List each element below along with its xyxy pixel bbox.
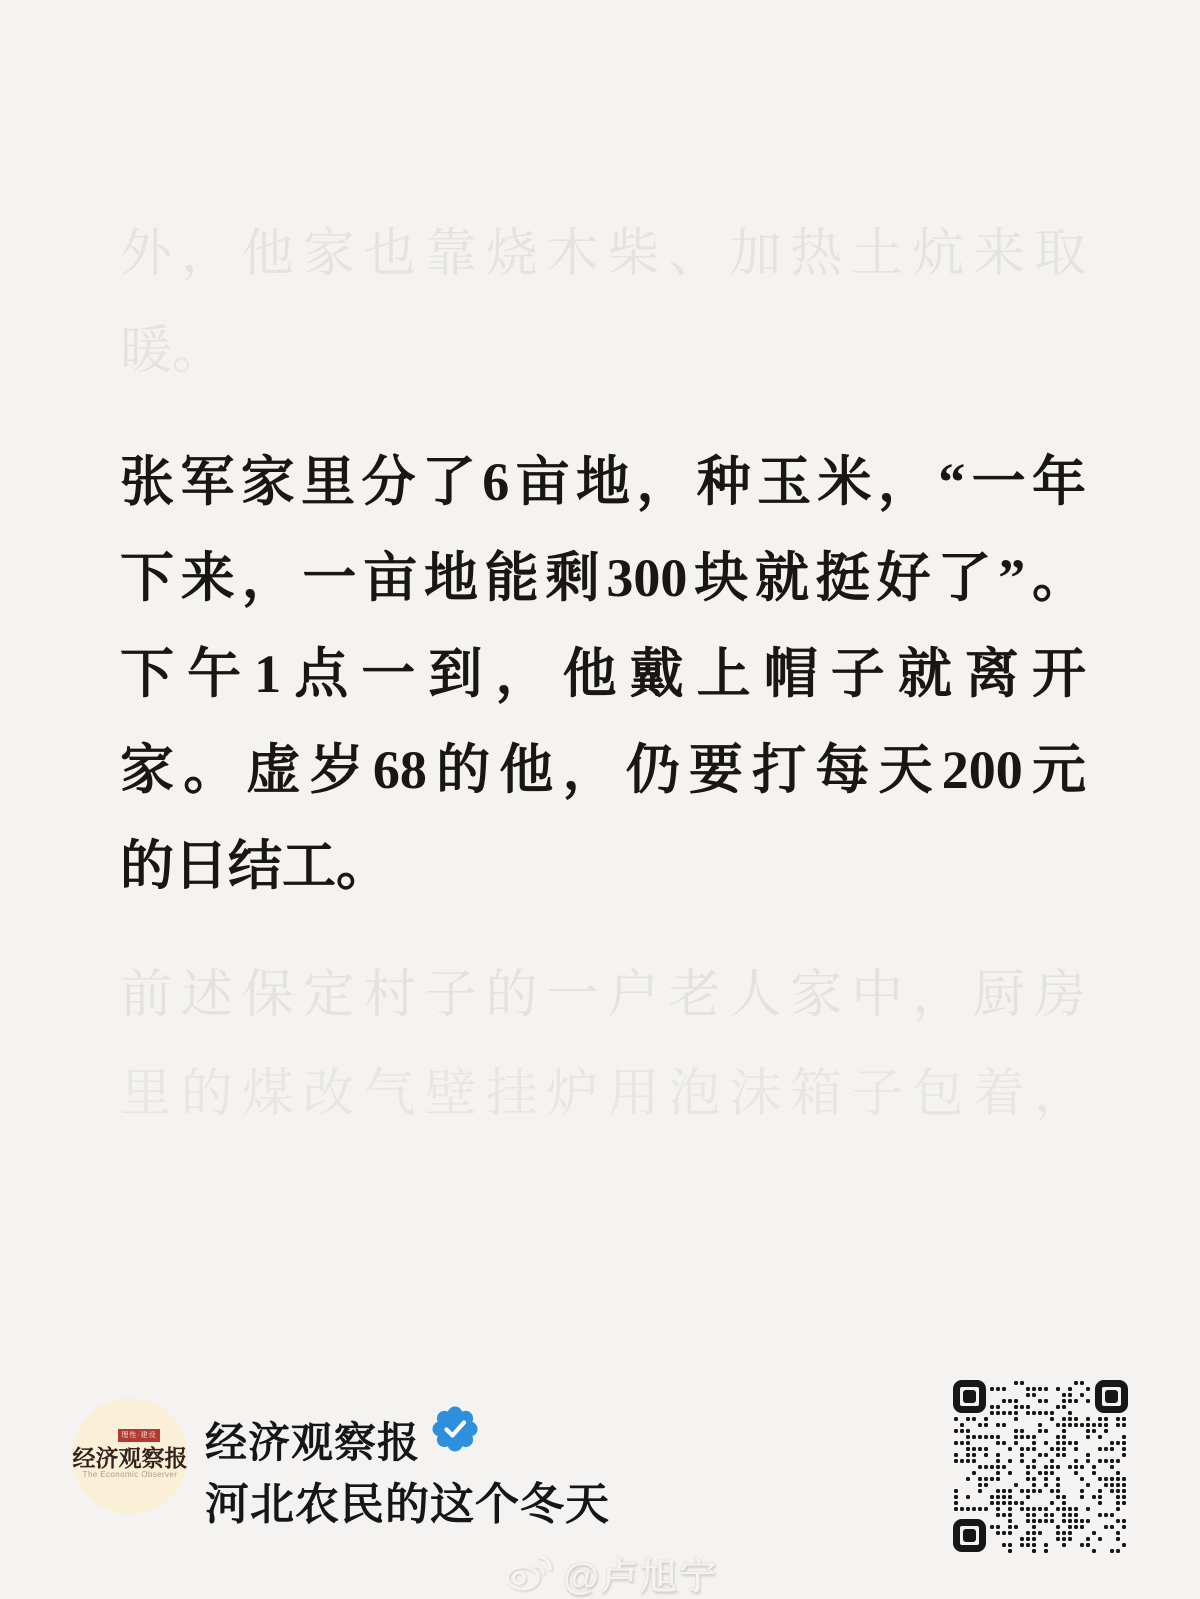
text-line: 暖。 bbox=[120, 303, 1086, 400]
publisher-name: 经济观察报 bbox=[205, 1410, 420, 1470]
article-title: 河北农民的这个冬天 bbox=[205, 1468, 610, 1532]
text-line: 家。虚岁68的他，仍要打每天200元 bbox=[120, 722, 1086, 818]
text-line: 外，他家也靠烧木柴、加热土炕来取 bbox=[120, 206, 1086, 303]
faded-paragraph-top: 外，他家也靠烧木柴、加热土炕来取 暖。 bbox=[120, 206, 1086, 400]
faded-paragraph-bottom: 前述保定村子的一户老人家中，厨房 里的煤改气壁挂炉用泡沫箱子包着， bbox=[120, 946, 1086, 1144]
logo-subtitle: The Economic Observer bbox=[72, 1470, 188, 1479]
verified-badge-icon bbox=[431, 1405, 479, 1453]
weibo-icon bbox=[503, 1550, 557, 1597]
text-line: 前述保定村子的一户老人家中，厨房 bbox=[120, 946, 1086, 1045]
text-line: 下来，一亩地能剩300块就挺好了”。 bbox=[120, 530, 1086, 626]
qr-finder-icon bbox=[953, 1380, 986, 1413]
qr-code bbox=[953, 1380, 1128, 1555]
qr-finder-icon bbox=[1095, 1380, 1128, 1413]
watermark: @卢旭宁 bbox=[503, 1546, 718, 1599]
publisher-logo: 理性·建设性 经济观察报 The Economic Observer bbox=[72, 1398, 188, 1514]
text-line: 里的煤改气壁挂炉用泡沫箱子包着， bbox=[120, 1045, 1086, 1144]
text-line: 下午1点一到，他戴上帽子就离开 bbox=[120, 626, 1086, 722]
main-quote-paragraph: 张军家里分了6亩地，种玉米，“一年 下来，一亩地能剩300块就挺好了”。 下午1… bbox=[120, 434, 1086, 914]
qr-finder-icon bbox=[953, 1519, 986, 1552]
text-line: 的日结工。 bbox=[120, 818, 1086, 914]
watermark-text: @卢旭宁 bbox=[563, 1546, 718, 1599]
logo-title: 经济观察报 bbox=[72, 1440, 188, 1473]
text-line: 张军家里分了6亩地，种玉米，“一年 bbox=[120, 434, 1086, 530]
